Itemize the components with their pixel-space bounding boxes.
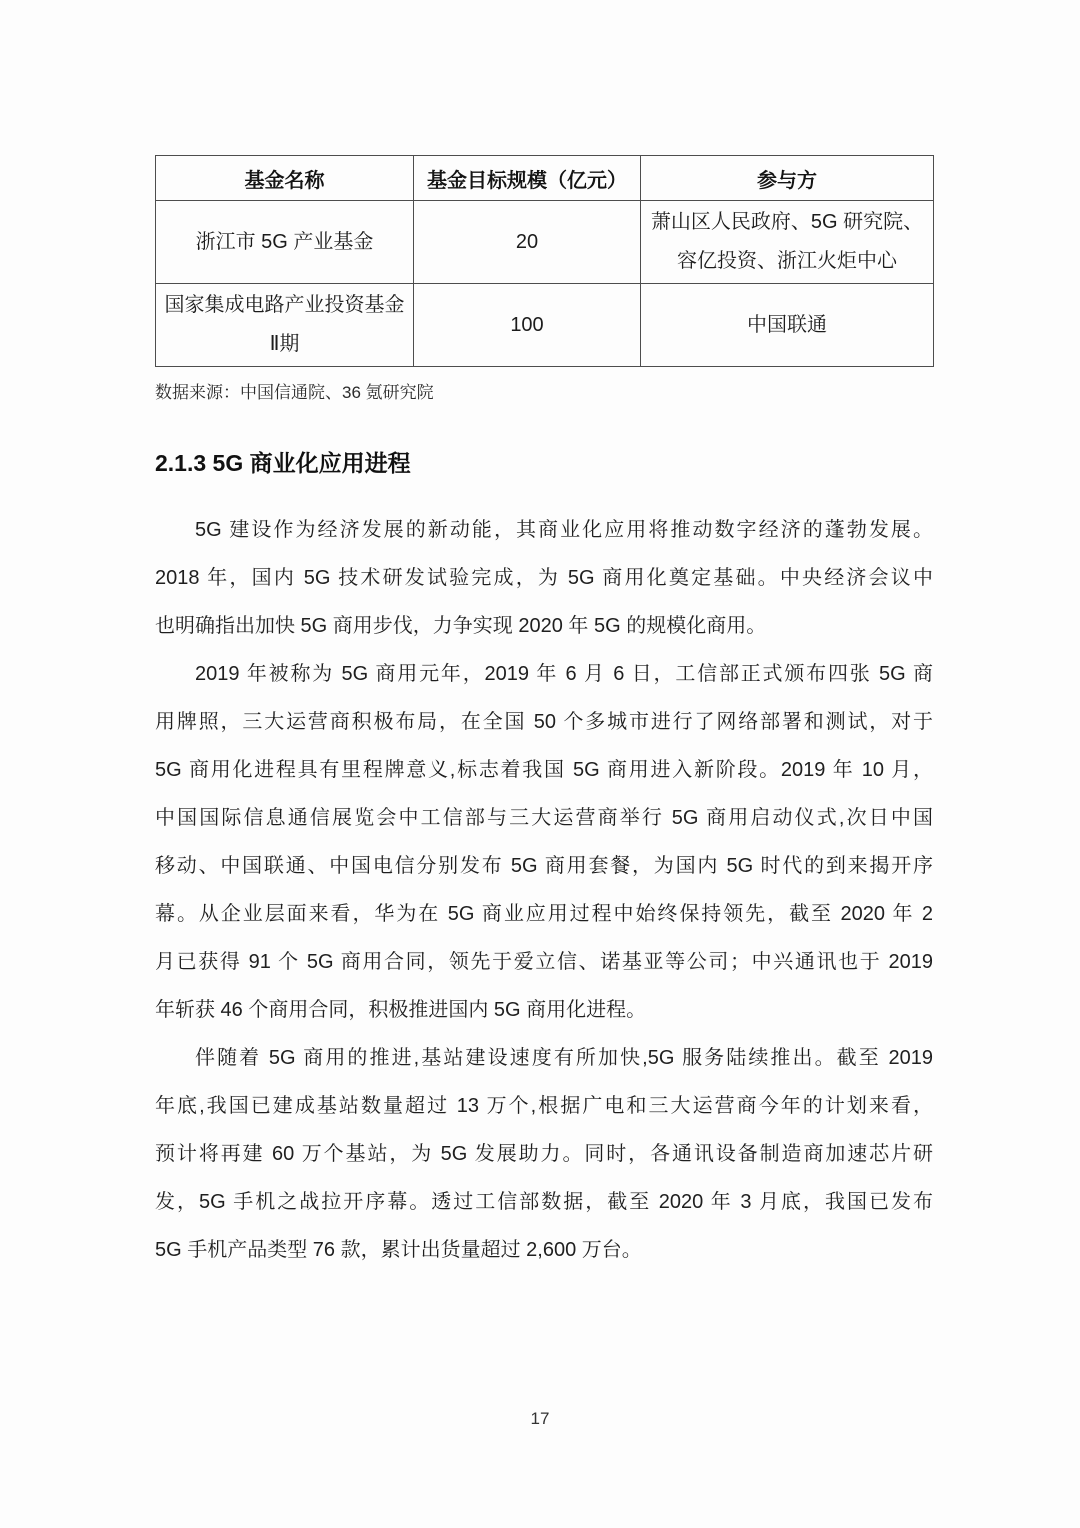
paragraph-line: 5G 商用化进程具有里程牌意义,标志着我国 5G 商用进入新阶段。2019 年 …	[155, 746, 933, 794]
cell-target-scale: 20	[414, 201, 641, 284]
paragraph-line: 预计将再建 60 万个基站，为 5G 发展助力。同时，各通讯设备制造商加速芯片研	[155, 1130, 933, 1178]
paragraph-line: 幕。从企业层面来看，华为在 5G 商业应用过程中始终保持领先，截至 2020 年…	[155, 890, 933, 938]
cell-target-scale: 100	[414, 284, 641, 367]
paragraph: 伴随着 5G 商用的推进,基站建设速度有所加快,5G 服务陆续推出。截至 201…	[155, 1034, 933, 1274]
body-text: 5G 建设作为经济发展的新动能，其商业化应用将推动数字经济的蓬勃发展。 2018…	[155, 506, 933, 1274]
section-heading: 2.1.3 5G 商业化应用进程	[155, 446, 933, 480]
paragraph-line: 2018 年，国内 5G 技术研发试验完成，为 5G 商用化奠定基础。中央经济会…	[155, 554, 933, 602]
paragraph-line: 年斩获 46 个商用合同，积极推进国内 5G 商用化进程。	[155, 986, 933, 1034]
cell-participants: 萧山区人民政府、5G 研究院、容亿投资、浙江火炬中心	[641, 201, 934, 284]
header-participants: 参与方	[641, 156, 934, 201]
cell-fund-name: 国家集成电路产业投资基金Ⅱ期	[156, 284, 414, 367]
paragraph-line: 2019 年被称为 5G 商用元年，2019 年 6 月 6 日，工信部正式颁布…	[155, 650, 933, 698]
paragraph-line: 也明确指出加快 5G 商用步伐，力争实现 2020 年 5G 的规模化商用。	[155, 602, 933, 650]
header-target-scale: 基金目标规模（亿元）	[414, 156, 641, 201]
paragraph-line: 中国国际信息通信展览会中工信部与三大运营商举行 5G 商用启动仪式,次日中国	[155, 794, 933, 842]
document-page: 基金名称 基金目标规模（亿元） 参与方 浙江市 5G 产业基金 20 萧山区人民…	[0, 0, 1080, 1528]
data-source-note: 数据来源：中国信通院、36 氪研究院	[155, 381, 933, 405]
paragraph-line: 月已获得 91 个 5G 商用合同，领先于爱立信、诺基亚等公司；中兴通讯也于 2…	[155, 938, 933, 986]
paragraph-line: 移动、中国联通、中国电信分别发布 5G 商用套餐，为国内 5G 时代的到来揭开序	[155, 842, 933, 890]
paragraph: 2019 年被称为 5G 商用元年，2019 年 6 月 6 日，工信部正式颁布…	[155, 650, 933, 1034]
cell-participants: 中国联通	[641, 284, 934, 367]
page-number: 17	[0, 1409, 1080, 1429]
paragraph-line: 5G 建设作为经济发展的新动能，其商业化应用将推动数字经济的蓬勃发展。	[155, 506, 933, 554]
header-fund-name: 基金名称	[156, 156, 414, 201]
table-header-row: 基金名称 基金目标规模（亿元） 参与方	[156, 156, 934, 201]
paragraph-line: 用牌照，三大运营商积极布局，在全国 50 个多城市进行了网络部署和测试，对于	[155, 698, 933, 746]
paragraph-line: 5G 手机产品类型 76 款，累计出货量超过 2,600 万台。	[155, 1226, 933, 1274]
page-content: 基金名称 基金目标规模（亿元） 参与方 浙江市 5G 产业基金 20 萧山区人民…	[155, 0, 933, 1274]
table-row: 浙江市 5G 产业基金 20 萧山区人民政府、5G 研究院、容亿投资、浙江火炬中…	[156, 201, 934, 284]
table-row: 国家集成电路产业投资基金Ⅱ期 100 中国联通	[156, 284, 934, 367]
paragraph: 5G 建设作为经济发展的新动能，其商业化应用将推动数字经济的蓬勃发展。 2018…	[155, 506, 933, 650]
paragraph-line: 伴随着 5G 商用的推进,基站建设速度有所加快,5G 服务陆续推出。截至 201…	[155, 1034, 933, 1082]
cell-fund-name: 浙江市 5G 产业基金	[156, 201, 414, 284]
paragraph-line: 发，5G 手机之战拉开序幕。透过工信部数据，截至 2020 年 3 月底，我国已…	[155, 1178, 933, 1226]
paragraph-line: 年底,我国已建成基站数量超过 13 万个,根据广电和三大运营商今年的计划来看，	[155, 1082, 933, 1130]
funds-table: 基金名称 基金目标规模（亿元） 参与方 浙江市 5G 产业基金 20 萧山区人民…	[155, 155, 934, 367]
